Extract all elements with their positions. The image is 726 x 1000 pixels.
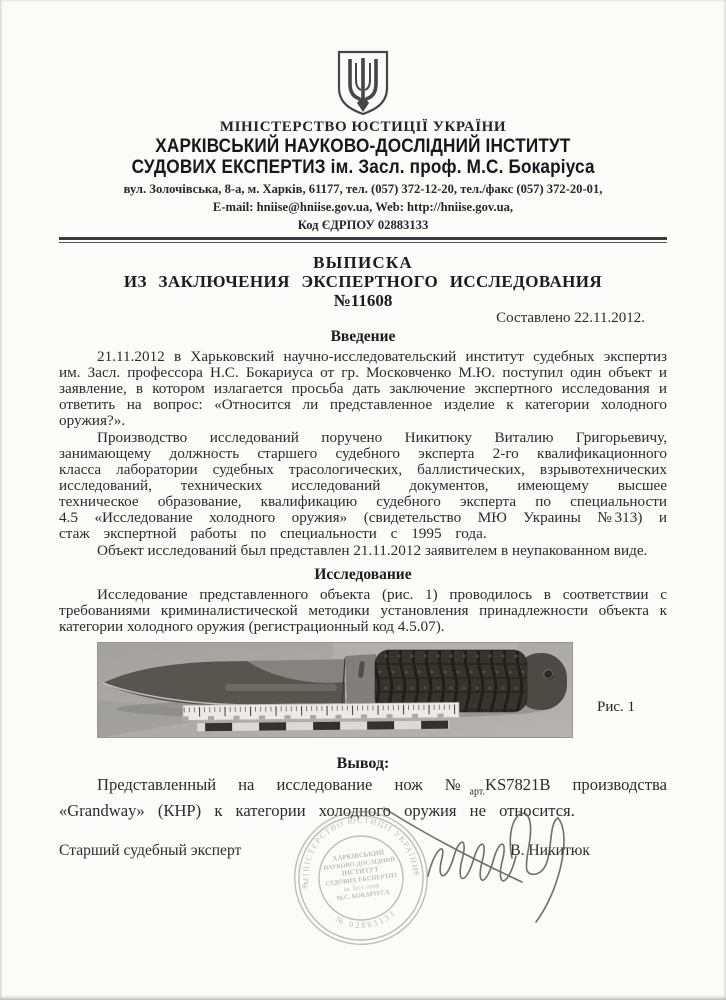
conclusion-art-subscript: арт.: [470, 786, 485, 797]
title-line-vypiska: ВЫПИСКА: [0, 253, 726, 272]
stamp-number: № 02883133: [333, 907, 399, 933]
compiled-date: Составлено 22.11.2012.: [0, 310, 645, 327]
svg-text:ІНСТИТУТ: ІНСТИТУТ: [341, 866, 379, 878]
research-paragraph-1: Исследование представленного объекта (ри…: [59, 587, 667, 635]
svg-text:№ 02883133: № 02883133: [333, 907, 399, 933]
scanned-document-page: МІНІСТЕРСТВО ЮСТИЦІЇ УКРАЇНИ ХАРКІВСЬКИЙ…: [0, 0, 726, 1000]
institute-name-line2: СУДОВИХ ЕКСПЕРТИЗ ім. Засл. проф. М.С. Б…: [0, 157, 726, 178]
intro-heading: Введение: [0, 328, 726, 346]
figure-1: Рис. 1: [97, 642, 726, 738]
research-heading: Исследование: [0, 566, 726, 584]
conclusion-heading: Вывод:: [0, 755, 726, 773]
title-line-conclusion: ИЗ ЗАКЛЮЧЕНИЯ ЭКСПЕРТНОГО ИССЛЕДОВАНИЯ: [0, 272, 726, 291]
institute-round-stamp: МІНІСТЕРСТВО ЮСТИЦІЇ УКРАЇНИ № 02883133 …: [283, 800, 439, 956]
blade-engraving-smudge: [225, 684, 337, 691]
institute-name-line1: ХАРКІВСЬКИЙ НАУКОВО-ДОСЛІДНИЙ ІНСТИТУТ: [0, 136, 726, 157]
signer-name: В. Никитюк: [510, 842, 590, 860]
ministry-title: МІНІСТЕРСТВО ЮСТИЦІЇ УКРАЇНИ: [0, 119, 726, 136]
intro-paragraph-2: Производство исследований поручено Никит…: [59, 430, 667, 542]
photo-ruler: [183, 702, 459, 731]
title-document-number: №11608: [0, 291, 726, 310]
institute-edrpou-code: Код ЄДРПОУ 02883133: [0, 218, 726, 232]
svg-text:М.С. БОКАРІУСА: М.С. БОКАРІУСА: [336, 889, 390, 902]
ukraine-trident-icon: [334, 50, 392, 116]
letterhead-divider: [59, 237, 667, 243]
institute-contacts: E-mail: hniise@hniise.gov.ua, Web: http:…: [0, 200, 726, 214]
svg-text:ХАРКІВСЬКИЙ: ХАРКІВСЬКИЙ: [332, 848, 385, 862]
conclusion-text-before: Представленный на исследование нож №: [97, 775, 470, 794]
conclusion-paragraph: Представленный на исследование нож №арт.…: [59, 775, 667, 821]
intro-paragraph-3: Объект исследований был представлен 21.1…: [59, 543, 667, 559]
svg-text:НАУКОВО-ДОСЛІДНИЙ: НАУКОВО-ДОСЛІДНИЙ: [323, 855, 396, 872]
stamp-star-left: ✳: [301, 882, 309, 892]
document-title: ВЫПИСКА ИЗ ЗАКЛЮЧЕНИЯ ЭКСПЕРТНОГО ИССЛЕД…: [0, 253, 726, 310]
knife-photo: [97, 642, 573, 738]
signature-block: Старший судебный эксперт В. Никитюк МІНІ…: [0, 842, 726, 860]
svg-text:ім. Засл. проф.: ім. Засл. проф.: [343, 882, 381, 894]
figure-caption: Рис. 1: [597, 699, 635, 716]
letterhead: МІНІСТЕРСТВО ЮСТИЦІЇ УКРАЇНИ ХАРКІВСЬКИЙ…: [0, 0, 726, 232]
signer-role: Старший судебный эксперт: [59, 842, 241, 860]
stamp-star-right: ✳: [413, 868, 421, 878]
svg-text:СУДОВИХ ЕКСПЕРТИЗ: СУДОВИХ ЕКСПЕРТИЗ: [325, 872, 398, 888]
intro-paragraph-1: 21.11.2012 в Харьковский научно-исследов…: [59, 349, 667, 429]
institute-address: вул. Золочівська, 8-а, м. Харків, 61177,…: [0, 182, 726, 196]
